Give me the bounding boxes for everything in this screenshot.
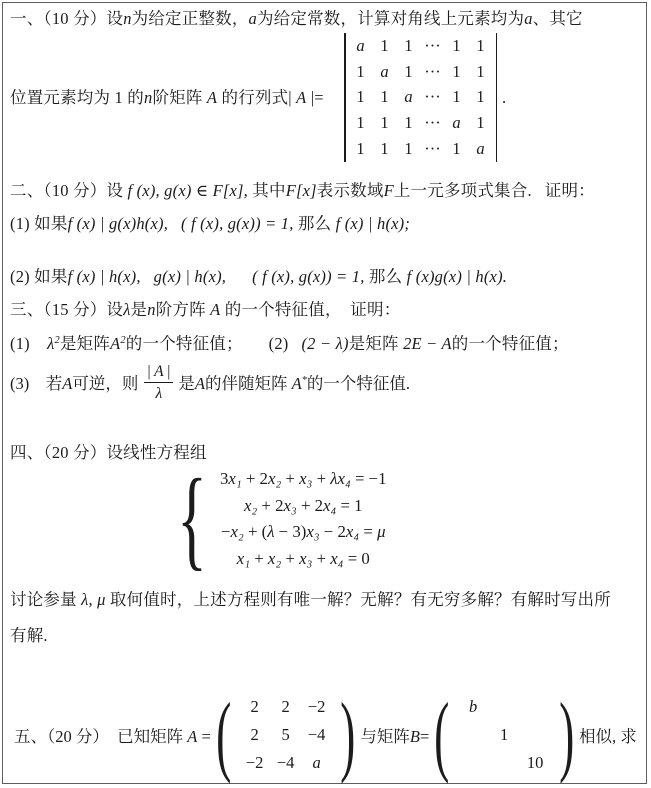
text-segment: 、其它 xyxy=(533,9,583,28)
matrix-cell: b xyxy=(469,697,477,717)
matrix-cell: 5 xyxy=(281,725,289,745)
text-segment: A xyxy=(187,727,197,746)
text-segment: + ( xyxy=(244,522,267,541)
text-segment: a xyxy=(249,9,257,28)
text-segment xyxy=(141,267,154,286)
matrix-cell: 1 xyxy=(452,36,460,56)
text-segment: 讨论参量 xyxy=(10,590,81,609)
text-segment: g(x) | h(x), xyxy=(154,267,226,286)
text-segment: 为给定正整数， xyxy=(132,9,249,28)
determinant-matrix: a11···111a1···1111a···11111···a1111···1a xyxy=(344,33,497,162)
text-segment: 位置元素均为 1 的 xyxy=(10,88,144,107)
text-segment: + 2 xyxy=(242,469,268,488)
text-segment: A xyxy=(195,374,205,393)
text-segment: 表示数域 xyxy=(317,181,384,200)
text-segment xyxy=(168,214,181,233)
text-segment: A xyxy=(207,88,217,107)
text-segment: | xyxy=(167,363,170,380)
matrix-cell: a xyxy=(476,139,484,159)
matrix-cell: 10 xyxy=(527,753,544,773)
text-segment: n xyxy=(123,9,131,28)
matrix-cell: −4 xyxy=(308,725,326,745)
text-segment: 三、（15 分）设 xyxy=(10,300,123,319)
system-left-brace: { xyxy=(177,461,207,577)
text-segment: 的一个特征值； xyxy=(452,334,569,353)
matrix-cell: 1 xyxy=(380,36,388,56)
matrix-cell: 1 xyxy=(404,139,412,159)
text-segment: 上一元多项式集合. 证明： xyxy=(394,181,595,200)
matrix-b-left-paren: ( xyxy=(434,690,449,780)
matrix-cell: 1 xyxy=(380,139,388,159)
text-segment: 相似, 求 xyxy=(579,727,637,746)
text-segment: x₂ xyxy=(244,496,257,515)
system-equations: 3x₁ + 2x₂ + x₃ + λx₄ = −1 x₂ + 2x₃ + 2x₄… xyxy=(220,466,387,572)
text-segment: λ xyxy=(267,522,274,541)
text-segment: 的一个特征值； (2) xyxy=(126,334,302,353)
text-segment: B xyxy=(410,727,420,746)
text-segment: 的一个特征值， 证明： xyxy=(220,300,400,319)
text-segment: 为给定常数，计算对角线上元素均为 xyxy=(257,9,524,28)
matrix-cell: −2 xyxy=(308,697,326,717)
text-segment: λ, μ xyxy=(81,590,105,609)
matrix-cell: a xyxy=(452,113,460,133)
text-segment: = −1 xyxy=(351,469,387,488)
matrix-cell: 1 xyxy=(380,113,388,133)
question-1-line-2: 位置元素均为 1 的n阶矩阵 A 的行列式| A |= xyxy=(10,88,324,108)
exam-page: 一、（10 分）设n为给定正整数，a为给定常数，计算对角线上元素均为a、其它 位… xyxy=(0,0,651,788)
text-segment: 二、（10 分）设 xyxy=(10,181,128,200)
question-5-prefix: 五、（20 分） 已知矩阵 A = xyxy=(14,723,211,747)
text-segment: = xyxy=(197,727,210,746)
text-segment: 那么 xyxy=(365,267,407,286)
text-segment: f (x) | h(x), xyxy=(68,267,141,286)
text-segment: a xyxy=(524,9,532,28)
fraction-det-A-over-lambda: | A | λ xyxy=(144,362,173,403)
text-segment: f (x) | g(x)h(x), xyxy=(68,214,168,233)
text-segment: 五、（20 分） 已知矩阵 xyxy=(14,727,187,746)
text-segment: 取何值时，上述方程则有唯一解？无解？有无穷多解？有解时写出所 xyxy=(106,590,611,609)
text-segment: 是矩阵 xyxy=(349,334,403,353)
question-3-item-3-suffix: 是A的伴随矩阵 A*的一个特征值. xyxy=(178,370,410,394)
text-segment xyxy=(226,267,252,286)
matrix-cell: a xyxy=(380,62,388,82)
text-segment: 是 xyxy=(178,374,195,393)
text-segment: f (x) | h(x); xyxy=(336,214,410,233)
text-segment: A xyxy=(210,300,220,319)
text-segment: n xyxy=(147,300,155,319)
text-segment: (2 − λ) xyxy=(301,334,348,353)
matrix-a-left-paren: ( xyxy=(216,690,231,780)
text-segment: A xyxy=(62,374,72,393)
text-segment: f (x)g(x) | h(x). xyxy=(407,267,507,286)
determinant-grid: a11···111a1···1111a···11111···a1111···1a xyxy=(346,33,496,162)
text-segment: A xyxy=(151,363,168,380)
matrix-cell: 1 xyxy=(356,139,364,159)
text-segment: 阶方阵 xyxy=(156,300,210,319)
text-segment: 阶矩阵 xyxy=(152,88,206,107)
text-segment: x₃ xyxy=(306,522,319,541)
text-segment: x₃ xyxy=(283,496,296,515)
text-segment: λ xyxy=(156,385,163,402)
text-segment: 的一个特征值. xyxy=(307,374,410,393)
text-segment: + xyxy=(250,549,268,568)
question-3-item-3-prefix: (3) 若A可逆，则 xyxy=(10,370,142,394)
matrix-cell: 1 xyxy=(356,113,364,133)
text-segment: + 2 xyxy=(297,496,323,515)
text-segment: (1) 如果 xyxy=(10,214,68,233)
text-segment: x₁ xyxy=(228,469,241,488)
text-segment: − 2 xyxy=(320,522,346,541)
text-segment: (1) xyxy=(10,334,47,353)
text-segment: 2E − A xyxy=(403,334,452,353)
matrix-cell: 1 xyxy=(476,62,484,82)
text-segment: F[x] xyxy=(286,181,317,200)
text-segment: 是 xyxy=(131,300,148,319)
matrix-b-right-paren: ) xyxy=(559,690,574,780)
matrix-a-grid: 22−225−4−2−4a xyxy=(236,693,335,777)
fraction-numerator: | A | xyxy=(144,362,173,383)
text-segment: x₂ xyxy=(230,522,243,541)
matrix-cell: 1 xyxy=(476,36,484,56)
text-segment: |= xyxy=(306,88,323,107)
matrix-cell: 2 xyxy=(281,697,289,717)
text-segment: λ xyxy=(123,300,130,319)
question-5-mid: 与矩阵B= xyxy=(360,723,429,747)
matrix-cell: a xyxy=(312,753,320,773)
equation-3: −x₂ + (λ − 3)x₃ − 2x₄ = μ xyxy=(221,519,385,546)
text-segment: A xyxy=(296,88,306,107)
text-segment: + 2 xyxy=(257,496,283,515)
text-segment: = 1 xyxy=(336,496,362,515)
question-2-header: 二、（10 分）设 f (x), g(x) ∈ F[x], 其中F[x]表示数域… xyxy=(10,181,595,201)
text-segment: 其中 xyxy=(248,181,286,200)
question-4-discussion-line-1: 讨论参量 λ, μ 取何值时，上述方程则有唯一解？无解？有无穷多解？有解时写出所 xyxy=(10,590,611,610)
matrix-cell: 1 xyxy=(356,87,364,107)
text-segment: (2) 如果 xyxy=(10,267,68,286)
question-2-item-1: (1) 如果f (x) | g(x)h(x), ( f (x), g(x)) =… xyxy=(10,214,410,234)
matrix-cell: 1 xyxy=(404,113,412,133)
equation-1: 3x₁ + 2x₂ + x₃ + λx₄ = −1 xyxy=(220,466,387,493)
equation-2: x₂ + 2x₃ + 2x₄ = 1 xyxy=(244,493,363,520)
text-segment: 的行列式| xyxy=(217,88,296,107)
matrix-cell: ··· xyxy=(424,113,440,133)
matrix-cell: 1 xyxy=(380,87,388,107)
text-segment: A xyxy=(292,374,302,393)
text-segment: x₃ xyxy=(299,469,312,488)
text-segment: ( f (x), g(x)) = 1, xyxy=(252,267,365,286)
text-segment: 有解. xyxy=(10,626,48,645)
matrix-cell: a xyxy=(404,87,412,107)
text-segment: A xyxy=(110,334,120,353)
text-segment: 是矩阵 xyxy=(60,334,110,353)
text-segment: 那么 xyxy=(294,214,336,233)
matrix-b-grid: b110 xyxy=(455,693,554,777)
linear-system: { 3x₁ + 2x₂ + x₃ + λx₄ = −1 x₂ + 2x₃ + 2… xyxy=(168,466,387,572)
matrix-cell: ··· xyxy=(424,62,440,82)
text-segment: x₄ xyxy=(323,496,336,515)
text-segment: x₃ xyxy=(299,549,312,568)
text-segment: ( f (x), g(x)) = 1, xyxy=(181,214,294,233)
text-segment: = 0 xyxy=(344,549,370,568)
text-segment: + xyxy=(281,549,299,568)
text-segment: x₁ xyxy=(237,549,250,568)
text-segment: = xyxy=(359,522,377,541)
matrix-a-right-paren: ) xyxy=(340,690,355,780)
text-segment: + xyxy=(281,469,299,488)
text-segment: − 3) xyxy=(275,522,307,541)
text-segment: = xyxy=(420,727,429,746)
text-segment: + xyxy=(312,469,330,488)
text-segment: 可逆，则 xyxy=(72,374,142,393)
matrix-a: ( 22−225−4−2−4a ) xyxy=(211,693,361,777)
determinant-right-bar xyxy=(496,33,498,162)
question-3-header: 三、（15 分）设λ是n阶方阵 A 的一个特征值， 证明： xyxy=(10,300,400,320)
matrix-cell: 1 xyxy=(452,139,460,159)
text-segment: μ xyxy=(377,522,385,541)
text-segment: x₂ xyxy=(268,469,281,488)
matrix-cell: ··· xyxy=(424,139,440,159)
matrix-cell: 1 xyxy=(476,113,484,133)
matrix-cell: ··· xyxy=(424,36,440,56)
equation-4: x₁ + x₂ + x₃ + x₄ = 0 xyxy=(237,546,370,573)
text-segment: f (x), g(x) ∈ F[x], xyxy=(128,181,248,200)
matrix-cell: 1 xyxy=(476,87,484,107)
question-4-discussion-line-2: 有解. xyxy=(10,626,48,646)
matrix-cell: 1 xyxy=(452,62,460,82)
text-segment: x₄ xyxy=(346,522,359,541)
matrix-cell: −2 xyxy=(246,753,264,773)
text-segment: x₂ xyxy=(268,549,281,568)
matrix-cell: ··· xyxy=(424,87,440,107)
matrix-cell: 1 xyxy=(500,725,508,745)
question-5-suffix: 相似, 求 xyxy=(579,723,637,747)
question-1-period: . xyxy=(502,88,506,108)
text-segment: F xyxy=(384,181,394,200)
matrix-cell: 2 xyxy=(250,697,258,717)
fraction-denominator: λ xyxy=(156,383,163,403)
matrix-cell: 1 xyxy=(404,36,412,56)
question-3-item-3: (3) 若A可逆，则 | A | λ 是A的伴随矩阵 A*的一个特征值. xyxy=(10,358,410,406)
text-segment: 与矩阵 xyxy=(360,727,410,746)
text-segment: x₄ xyxy=(330,549,343,568)
text-segment: + xyxy=(312,549,330,568)
matrix-cell: 1 xyxy=(452,87,460,107)
text-segment: 一、（10 分）设 xyxy=(10,9,123,28)
matrix-cell: 2 xyxy=(250,725,258,745)
matrix-cell: −4 xyxy=(277,753,295,773)
question-2-item-2: (2) 如果f (x) | h(x), g(x) | h(x), ( f (x)… xyxy=(10,267,507,287)
matrix-cell: 1 xyxy=(356,62,364,82)
question-1-line-1: 一、（10 分）设n为给定正整数，a为给定常数，计算对角线上元素均为a、其它 xyxy=(10,9,583,29)
text-segment: λ xyxy=(47,334,54,353)
text-segment: λx₄ xyxy=(330,469,351,488)
question-5-row: 五、（20 分） 已知矩阵 A = ( 22−225−4−2−4a ) 与矩阵B… xyxy=(14,688,637,782)
text-segment: 的伴随矩阵 xyxy=(205,374,292,393)
text-segment: (3) 若 xyxy=(10,374,62,393)
matrix-cell: a xyxy=(356,36,364,56)
matrix-b: ( b110 ) xyxy=(429,693,579,777)
question-3-items-1-2: (1) λ2是矩阵A2的一个特征值； (2) (2 − λ)是矩阵 2E − A… xyxy=(10,331,569,354)
matrix-cell: 1 xyxy=(404,62,412,82)
